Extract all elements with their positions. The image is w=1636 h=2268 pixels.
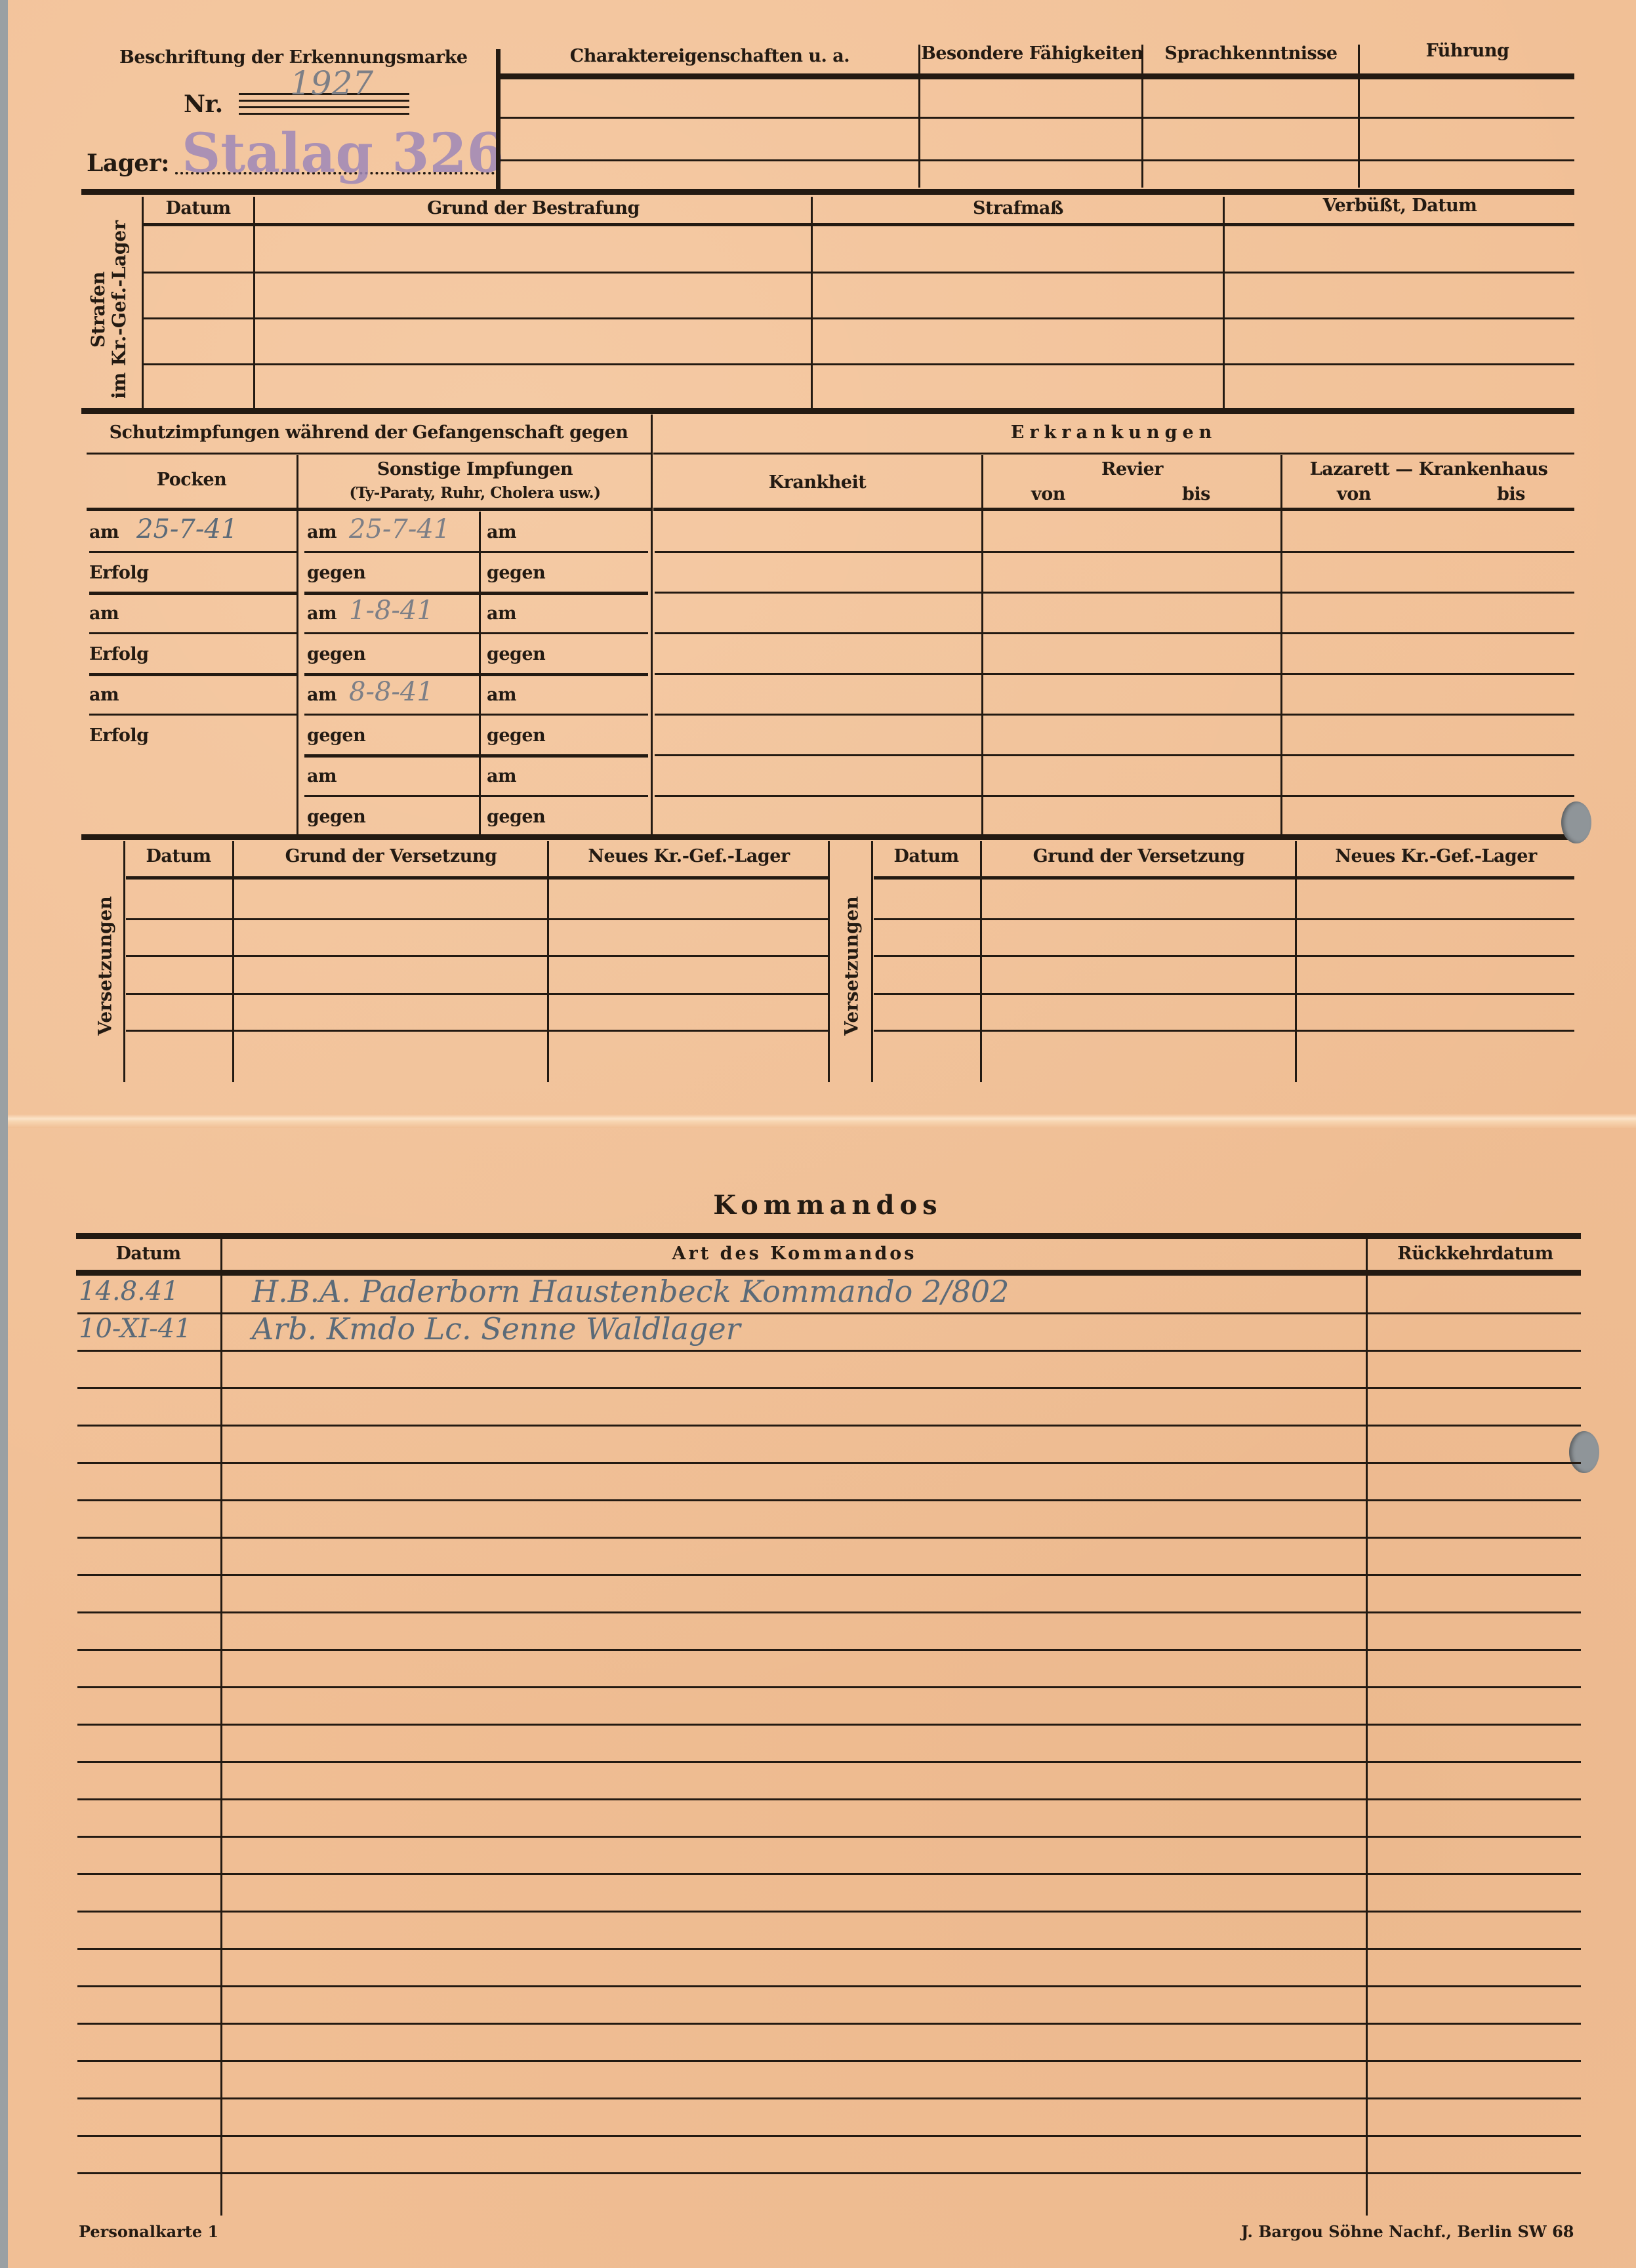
strafen-col-verbuesst: Verbüßt, Datum — [1225, 195, 1574, 216]
strafen-col-0 — [142, 197, 144, 408]
pocken-row-rule — [89, 714, 297, 716]
kommandos-row-rule — [77, 1948, 1581, 1950]
sonstige-row-right-label: am — [487, 522, 516, 542]
versetzungen-right-label: Versetzungen — [841, 868, 863, 1064]
sonstige-row-left-label: am — [307, 603, 337, 624]
revier-bis: bis — [1182, 484, 1210, 504]
vers-right-row-rule — [874, 1030, 1574, 1032]
erkrankungen-header-rule — [653, 508, 1574, 511]
erkrankungen-title-rule — [653, 453, 1574, 455]
lager-label: Lager: — [87, 150, 169, 177]
nr-line-3 — [239, 106, 409, 108]
vers-left-row-rule — [126, 1030, 828, 1032]
lazarett-von: von — [1337, 484, 1371, 504]
vers-left-row-rule — [126, 918, 828, 920]
pocken-row-label: am — [89, 522, 119, 542]
kommandos-row-datum: 10-XI-41 — [79, 1314, 192, 1344]
sonstige-row-right-label: gegen — [487, 725, 545, 746]
nr-label: Nr. — [184, 91, 223, 118]
kommandos-row-rule — [77, 2172, 1581, 2174]
kommandos-row-rule — [77, 2097, 1581, 2099]
sonstige-row-rule — [304, 632, 648, 634]
vers-right-col-neues: Neues Kr.-Gef.-Lager — [1298, 846, 1574, 866]
col-fuehrung: Führung — [1360, 41, 1574, 61]
top-row-rule-2 — [499, 159, 1574, 161]
lazarett-header: Lazarett — Krankenhaus — [1283, 459, 1574, 479]
sonstige-row-left-label: am — [307, 522, 337, 542]
kommandos-row-rule — [77, 1873, 1581, 1875]
erkrankungen-row-rule — [655, 754, 1574, 756]
impfungen-title: Schutzimpfungen während der Gefangenscha… — [87, 422, 651, 443]
erkrankungen-col-2 — [1280, 455, 1282, 834]
strafen-col-datum: Datum — [143, 198, 253, 218]
sonstige-row-value: 8-8-41 — [349, 677, 434, 707]
sonstige-row-rule — [304, 592, 648, 595]
sonstige-row-right-label: gegen — [487, 563, 545, 583]
erkrankungen-row-rule — [655, 673, 1574, 675]
sonstige-row-right-label: gegen — [487, 644, 545, 664]
sonstige-row-rule — [304, 754, 648, 758]
pocken-row-value: 25-7-41 — [136, 514, 237, 544]
pocken-row-label: am — [89, 603, 119, 624]
pocken-row-rule — [89, 551, 297, 553]
revier-von: von — [1031, 484, 1065, 504]
kommandos-row-rule — [77, 1462, 1581, 1464]
kommandos-row-rule — [77, 1499, 1581, 1501]
kommandos-col-line-1 — [220, 1238, 222, 2216]
kommandos-row-rule — [77, 1387, 1581, 1389]
personalkarte-page: Beschriftung der Erkennungsmarke Nr. 192… — [8, 0, 1636, 2268]
kommandos-row-rule — [77, 1574, 1581, 1576]
pocken-row-label: am — [89, 685, 119, 705]
strafen-label-line1: Strafen — [88, 205, 109, 415]
erkrankungen-col-1 — [981, 455, 983, 834]
vers-left-row-rule — [126, 993, 828, 995]
sonstige-row-left-label: gegen — [307, 644, 365, 664]
erkrankungen-row-rule — [655, 592, 1574, 594]
kommandos-row-rule — [77, 1425, 1581, 1427]
impfungen-header-rule — [87, 508, 652, 511]
fold-crease — [8, 1114, 1636, 1128]
impfungen-bottom-rule — [81, 834, 1574, 840]
strafen-row-rule-2 — [143, 317, 1574, 319]
top-row-rule-1 — [499, 117, 1574, 119]
strafen-col-strafmass: Strafmaß — [813, 198, 1223, 218]
vers-left-col-neues: Neues Kr.-Gef.-Lager — [550, 846, 828, 866]
col-sprachkenntnisse: Sprachkenntnisse — [1144, 43, 1358, 64]
kommandos-col-art: Art des Kommandos — [223, 1244, 1366, 1264]
versetzungen-left-label: Versetzungen — [94, 868, 116, 1064]
kommandos-row-rule — [77, 1911, 1581, 1913]
kommandos-row-rule — [77, 2023, 1581, 2025]
nr-line-4 — [239, 113, 409, 115]
strafen-header-rule — [143, 223, 1574, 226]
top-header-rule — [499, 73, 1574, 79]
pocken-row-rule — [89, 632, 297, 634]
vers-right-col-0 — [871, 841, 873, 1082]
vers-right-col-datum: Datum — [872, 846, 980, 866]
kommandos-row-art: H.B.A. Paderborn Haustenbeck Kommando 2/… — [252, 1274, 1009, 1309]
kommandos-row-rule — [77, 1724, 1581, 1726]
sonstige-row-rule — [304, 795, 648, 797]
erkrankungen-row-rule — [655, 632, 1574, 634]
punch-hole-upper — [1561, 801, 1591, 843]
kommandos-row-art: Arb. Kmdo Lc. Senne Waldlager — [252, 1311, 741, 1347]
kommandos-row-rule — [77, 1537, 1581, 1539]
kommandos-title: Kommandos — [73, 1190, 1582, 1221]
top-divider — [496, 49, 501, 190]
vers-left-col-datum: Datum — [125, 846, 232, 866]
sonstige-row-rule — [304, 551, 648, 553]
lager-stamp: Stalag 326 — [182, 122, 504, 185]
vers-right-header-rule — [874, 876, 1574, 880]
kommandos-row-rule — [77, 2135, 1581, 2137]
top-col-line-3 — [1358, 45, 1360, 188]
vers-right-row-rule — [874, 993, 1574, 995]
kommandos-row-rule — [77, 1798, 1581, 1800]
col-besondere-faehigkeiten: Besondere Fähigkeiten — [921, 43, 1141, 64]
vers-left-row-rule — [126, 955, 828, 957]
erkrankungen-row-rule — [655, 714, 1574, 716]
sonstige-row-right-label: am — [487, 766, 516, 786]
sonstige-row-left-label: gegen — [307, 807, 365, 827]
kommandos-row-rule — [77, 1350, 1581, 1352]
top-col-line-2 — [1141, 45, 1143, 188]
revier-header: Revier — [984, 459, 1280, 479]
vers-left-col-grund: Grund der Versetzung — [235, 846, 547, 866]
sonstige-row-value: 25-7-41 — [349, 514, 450, 544]
pocken-row-label: Erfolg — [89, 563, 149, 583]
strafen-bottom-rule — [81, 408, 1574, 414]
kommandos-col-datum: Datum — [76, 1244, 220, 1264]
kommandos-row-rule — [77, 1611, 1581, 1613]
punch-hole-lower — [1569, 1431, 1599, 1473]
strafen-col-3 — [1223, 197, 1225, 408]
kommandos-row-rule — [77, 1985, 1581, 1987]
lazarett-bis: bis — [1497, 484, 1525, 504]
kommandos-row-datum: 14.8.41 — [79, 1276, 179, 1306]
pocken-row-label: Erfolg — [89, 725, 149, 746]
pocken-sonstige-divider — [297, 455, 298, 834]
erkrankungen-row-rule — [655, 795, 1574, 797]
vers-left-header-rule — [126, 876, 828, 880]
strafen-col-1 — [253, 197, 255, 408]
kommandos-row-rule — [77, 1836, 1581, 1838]
sonstige-row-rule — [304, 714, 648, 716]
top-col-line-1 — [918, 45, 920, 188]
nr-value: 1927 — [290, 64, 373, 102]
sonstige-row-rule — [304, 673, 648, 676]
erkrankungen-row-rule — [655, 551, 1574, 553]
pocken-row-rule — [89, 673, 297, 676]
pocken-row-rule — [89, 592, 297, 595]
impfungen-right-border — [651, 415, 653, 834]
strafen-side-label: Strafen im Kr.-Gef.-Lager — [88, 205, 130, 415]
footer-form-name: Personalkarte 1 — [79, 2222, 218, 2241]
sonstige-row-value: 1-8-41 — [349, 596, 434, 626]
kommandos-row-rule — [77, 1686, 1581, 1688]
sonstige-row-left-label: am — [307, 766, 337, 786]
sonstige-subheader: (Ty-Paraty, Ruhr, Cholera usw.) — [299, 484, 651, 502]
sonstige-row-left-label: gegen — [307, 563, 365, 583]
kommandos-col-rueckkehr: Rückkehrdatum — [1370, 1244, 1581, 1264]
sonstige-row-left-label: am — [307, 685, 337, 705]
vers-left-col-3 — [828, 841, 830, 1082]
krankheit-header: Krankheit — [653, 472, 981, 493]
kommandos-row-rule — [77, 1649, 1581, 1651]
kommandos-col-line-2 — [1366, 1238, 1368, 2216]
sonstige-row-right-label: am — [487, 685, 516, 705]
vers-right-row-rule — [874, 955, 1574, 957]
pocken-header: Pocken — [87, 470, 297, 490]
strafen-col-2 — [811, 197, 813, 408]
erkrankungen-title: Erkrankungen — [653, 422, 1574, 443]
sonstige-row-left-label: gegen — [307, 725, 365, 746]
kommandos-row-rule — [77, 1761, 1581, 1763]
strafen-top-rule — [81, 189, 1574, 195]
strafen-label-line2: im Kr.-Gef.-Lager — [109, 205, 130, 415]
vers-right-col-grund: Grund der Versetzung — [983, 846, 1295, 866]
strafen-row-rule-3 — [143, 363, 1574, 365]
impfungen-title-rule — [87, 453, 652, 455]
pocken-row-label: Erfolg — [89, 644, 149, 664]
vers-left-col-0 — [123, 841, 125, 1082]
kommandos-top-rule — [76, 1233, 1581, 1239]
col-charaktereigenschaften: Charaktereigenschaften u. a. — [501, 46, 918, 66]
footer-printer: J. Bargou Söhne Nachf., Berlin SW 68 — [1241, 2222, 1574, 2241]
sonstige-row-right-label: gegen — [487, 807, 545, 827]
sonstige-row-right-label: am — [487, 603, 516, 624]
kommandos-row-rule — [77, 2060, 1581, 2062]
strafen-row-rule-1 — [143, 272, 1574, 273]
strafen-col-grund: Grund der Bestrafung — [256, 198, 811, 218]
vers-right-row-rule — [874, 918, 1574, 920]
sonstige-header: Sonstige Impfungen — [299, 459, 651, 479]
